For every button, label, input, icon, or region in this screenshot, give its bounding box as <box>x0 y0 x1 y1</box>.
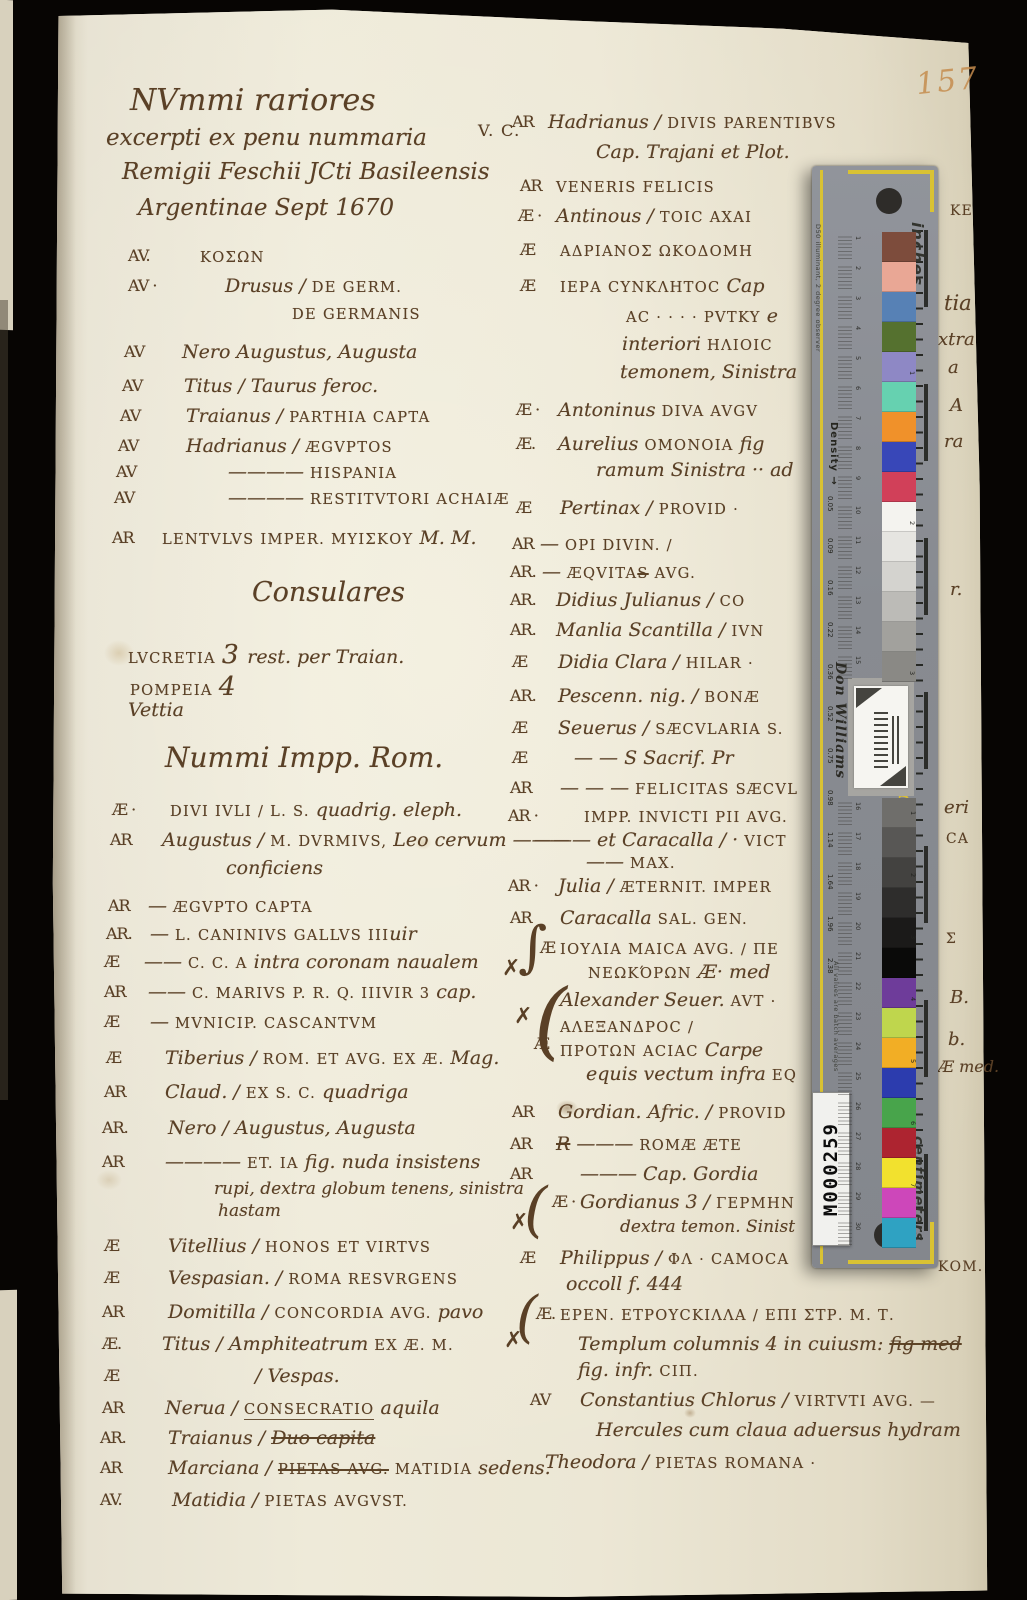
text-run: Templum columnis 4 in cuiusm: <box>578 1333 889 1355</box>
metal-siglum: AR <box>512 113 534 131</box>
manuscript-line: interiori ΗΛΙΟΙϹ <box>622 334 773 355</box>
manuscript-line: AR.Nero / Augustus, Augusta <box>168 1118 416 1139</box>
text-run: ΓΕΡΜΗΝ <box>716 1195 795 1212</box>
patch-row: 3 <box>838 292 918 322</box>
text-run: HONOS ET VIRTVS <box>265 1239 431 1256</box>
color-patch <box>882 622 916 652</box>
lab-values-microtext <box>838 1101 852 1125</box>
manuscript-line: ARGordian. Afric. / PROVID <box>558 1102 787 1123</box>
text-run: EQ <box>772 1067 797 1084</box>
metal-siglum: AR <box>104 1083 126 1101</box>
manuscript-line: ARR ——— ROMÆ ÆTE <box>556 1134 742 1155</box>
text-fragment: r. <box>950 580 962 600</box>
patch-row: 9 <box>838 472 918 502</box>
density-value: 0.52 <box>826 706 834 722</box>
patch-number: 27 <box>854 1132 862 1140</box>
manuscript-line: AR ·Julia / ÆTERNIT. IMPER <box>558 876 772 897</box>
patch-number: 25 <box>854 1072 862 1080</box>
resolution-lines <box>892 716 902 764</box>
manuscript-line: Argentinae Sept 1670 <box>138 196 394 222</box>
text-run: Consulares <box>252 577 405 608</box>
text-run: intra coronam naualem <box>254 951 479 973</box>
manuscript-line: ARCaracalla SAL. GEN. <box>560 908 748 929</box>
lab-values-microtext <box>838 595 852 619</box>
text-run: Cap <box>726 275 764 297</box>
text-run: PROVID <box>718 1105 786 1122</box>
density-value: 2.38 <box>826 958 834 974</box>
lab-values-microtext <box>838 981 852 1005</box>
lab-values-microtext <box>838 1191 852 1215</box>
manuscript-line: ÆDidia Clara / HILAR · <box>558 652 754 673</box>
patch-number: 6 <box>854 386 862 390</box>
text-run: excerpti ex penu nummaria <box>106 125 427 151</box>
manuscript-line: AVConstantius Chlorus / VIRTVTI AVG. — <box>580 1390 936 1411</box>
text-run: a <box>948 357 959 378</box>
metal-siglum: Æ <box>104 1269 119 1287</box>
text-run: eri <box>944 797 969 818</box>
patch-number: 28 <box>854 1162 862 1170</box>
metal-siglum: AR <box>520 177 542 195</box>
metal-siglum: AV <box>114 489 134 507</box>
manuscript-line: AC · · · · PVTKY e <box>626 306 778 327</box>
manuscript-line: occoll f. 444 <box>566 1274 683 1295</box>
ink-mark: ( <box>534 978 567 1062</box>
cm-tick-number: 6 <box>909 1121 917 1125</box>
metal-siglum: AR. <box>510 591 536 609</box>
text-run: Julia / <box>558 875 620 897</box>
patch-number: 9 <box>854 476 862 480</box>
manuscript-line: Theodora / PIETAS ROMANA · <box>545 1452 816 1473</box>
density-value: 1.64 <box>826 874 834 890</box>
ink-mark: ∫ <box>518 920 547 976</box>
manuscript-line: AR ·IMPP. INVICTI PII AVG. <box>584 806 788 827</box>
text-run: conficiens <box>226 857 323 879</box>
text-run: ΗΛΙΟΙϹ <box>707 337 773 354</box>
text-run: ROMÆ ÆTE <box>639 1137 742 1154</box>
registration-dot <box>876 188 902 214</box>
color-patch <box>882 652 916 682</box>
text-run: C. C. A <box>188 955 254 972</box>
text-run: fig <box>740 433 765 455</box>
metal-siglum: AR <box>112 529 134 547</box>
patch-row: 11 <box>838 532 918 562</box>
patch-row: 26 <box>838 1098 918 1128</box>
text-run: equis vectum infra <box>586 1063 772 1085</box>
manuscript-line: ramum Sinistra ·· ad <box>596 460 794 481</box>
text-run: Æ· med <box>698 961 771 983</box>
patch-number: 15 <box>854 656 862 664</box>
manuscript-line: fig. infr. CIΠ. <box>578 1360 699 1381</box>
manuscript-line: Æ ·Antoninus DIVA AVGV <box>558 400 758 421</box>
metal-siglum: AR. <box>106 925 132 943</box>
lab-values-microtext <box>838 385 852 409</box>
text-run: Argentinae Sept 1670 <box>138 195 394 221</box>
color-patch <box>882 292 916 322</box>
text-run: DIVIS PARENTIBVS <box>667 115 837 132</box>
manuscript-line: ——— et Caracalla / · VICT <box>534 830 787 851</box>
manuscript-line: AR.Traianus / Duo capita <box>168 1428 375 1449</box>
manuscript-line: Æ ·Antinous / ΤΟΙϹ ΑΧΑΙ <box>556 206 752 227</box>
text-run: RESTITVTORI ACHAIÆ <box>310 491 510 508</box>
patch-number: 18 <box>854 862 862 870</box>
metal-siglum: Æ <box>512 719 527 737</box>
text-run: 3 <box>222 639 247 670</box>
lab-values-microtext <box>838 891 852 915</box>
color-patch <box>882 382 916 412</box>
manuscript-line: AVNero Augustus, Augusta <box>182 342 417 363</box>
patch-row: 1 <box>838 232 918 262</box>
text-run: hastam <box>218 1201 281 1221</box>
text-run: —— <box>148 981 192 1003</box>
manuscript-line: ARClaud. / EX S. C. quadriga <box>165 1082 409 1103</box>
patch-number: 24 <box>854 1042 862 1050</box>
text-run: uir <box>389 923 416 945</box>
manuscript-line: ÆPertinax / PROVID · <box>560 498 739 519</box>
text-run: ROM. ET AVG. EX Æ. <box>263 1051 451 1068</box>
text-run: ΙΕΡΑ ϹΥΝΚΛΗΤΟϹ <box>560 279 726 296</box>
metal-siglum: Æ <box>512 653 527 671</box>
metal-siglum: AR <box>104 983 126 1001</box>
text-run: DIVI IVLI / L. S. <box>170 803 316 820</box>
ink-mark: ✗ <box>514 1006 532 1028</box>
manuscript-line: AR— ÆGVPTO CAPTA <box>148 896 313 917</box>
text-run: ET. IA <box>247 1155 305 1172</box>
manuscript-line: Templum columnis 4 in cuiusm: fig med <box>578 1334 962 1355</box>
metal-siglum: AV · <box>128 277 156 295</box>
patch-row: 29 <box>838 1188 918 1218</box>
manuscript-line: AR.Didius Julianus / CO <box>556 590 745 611</box>
manuscript-line: Æ— MVNICIP. CASCANTVM <box>150 1012 377 1033</box>
text-run: ÆGVPTO CAPTA <box>173 899 313 916</box>
patch-number: 11 <box>854 536 862 544</box>
color-patch <box>882 232 916 262</box>
manuscript-line: Vettia <box>128 700 184 721</box>
patch-number: 29 <box>854 1192 862 1200</box>
metal-siglum: AR. <box>102 1119 128 1137</box>
density-value: 0.16 <box>826 580 834 596</box>
manuscript-line: ÆΙΕΡΑ ϹΥΝΚΛΗΤΟϹ Cap <box>560 276 765 297</box>
patch-row: 8 <box>838 442 918 472</box>
manuscript-line: Æ—— C. C. A intra coronam naualem <box>144 952 479 973</box>
ink-mark: ✗ <box>502 958 520 980</box>
density-value: 0.05 <box>826 496 834 512</box>
text-run: EX Æ. M. <box>374 1337 454 1354</box>
text-run: Hadrianus / <box>548 111 667 133</box>
density-value: 0.98 <box>826 790 834 806</box>
text-run: Carpe <box>705 1039 763 1061</box>
manuscript-line: —— MAX. <box>586 852 676 873</box>
manuscript-line: AV ·Drusus / DE GERM. <box>225 276 402 297</box>
cm-tick-number: 2 <box>909 873 917 877</box>
text-run: Æ med. <box>938 1057 999 1076</box>
text-run: fig. infr. <box>578 1359 659 1381</box>
text-run: PIETAS AVG. <box>278 1461 389 1478</box>
text-run: Nero / Augustus, Augusta <box>168 1117 416 1139</box>
text-run: LVCRETIA <box>128 650 222 667</box>
lab-values-microtext <box>838 535 852 559</box>
ink-mark: ✗ <box>504 1330 522 1352</box>
metal-siglum: AV. <box>100 1491 122 1509</box>
text-run: PIETAS AVGVST. <box>265 1493 409 1510</box>
text-run: Pescenn. nig. / <box>558 685 704 707</box>
metal-siglum: AV <box>116 463 136 481</box>
text-run: tia <box>944 291 972 315</box>
manuscript-line: Æ/ Vespas. <box>255 1366 340 1387</box>
metal-siglum: AV <box>124 343 144 361</box>
wedge-shape <box>880 766 906 786</box>
text-run: B. <box>950 987 969 1008</box>
density-value: 0.09 <box>826 538 834 554</box>
manuscript-line: Æ ·DIVI IVLI / L. S. quadrig. eleph. <box>170 800 462 821</box>
text-fragment: eri <box>944 798 969 818</box>
text-fragment: ΚΕ <box>950 200 973 220</box>
text-run: — <box>542 561 567 583</box>
text-run: L. CANINIVS GALLVS III <box>175 927 389 944</box>
text-fragment: xtra <box>938 330 975 350</box>
text-run: AVT · <box>731 993 777 1010</box>
lab-values-microtext <box>838 235 852 259</box>
text-run: / Vespas. <box>255 1365 340 1387</box>
patch-row: 13 <box>838 592 918 622</box>
text-run: M. DVRMIVS, <box>270 833 393 850</box>
manuscript-line: hastam <box>218 1202 281 1221</box>
patch-number: 26 <box>854 1102 862 1110</box>
text-run: OPI DIVIN. / <box>565 537 673 554</box>
text-run: SÆCVLARIA S. <box>655 721 783 738</box>
text-fragment: B. <box>950 988 969 1008</box>
patch-row: 15 <box>838 652 918 682</box>
manuscript-line: ARLENTVLVS IMPER. ΜΥΙΣΚΟΥ M. M. <box>162 528 476 549</box>
lab-values-microtext <box>838 355 852 379</box>
text-run: EX S. C. <box>246 1085 322 1102</box>
text-run: et Caracalla / · <box>597 829 744 851</box>
text-run: Theodora / <box>545 1451 655 1473</box>
metal-siglum: Æ · <box>516 401 539 419</box>
text-run: MATIDIA <box>389 1461 478 1478</box>
manuscript-line: ÆΙΟΥΛΙΑ ΜΑΙϹΑ AVG. / ΠΕ <box>560 938 779 959</box>
color-patch <box>882 828 916 858</box>
color-patch <box>882 502 916 532</box>
text-run: ΚΕ <box>950 203 973 219</box>
manuscript-line: Æ.ΕΡΕΝ. ΕΤΡΟΥϹΚΙΛΛΑ / ΕΠΙ ΣΤΡ. Μ. Τ. <box>560 1304 895 1325</box>
text-run: POMPEIA <box>130 682 219 699</box>
lab-values-microtext <box>838 801 852 825</box>
text-run: Hercules cum claua aduersus hydram <box>596 1419 961 1441</box>
cm-tick-number: 3 <box>909 935 917 939</box>
metal-siglum: AR <box>110 831 132 849</box>
patch-row: 6 <box>838 382 918 412</box>
cm-tick-number: 1 <box>909 811 917 815</box>
metal-siglum: AR <box>510 1135 532 1153</box>
color-patch <box>882 352 916 382</box>
text-run: CONCORDIA AVG. <box>274 1305 437 1322</box>
text-run: — <box>148 895 173 917</box>
color-patch <box>882 262 916 292</box>
text-run: ——— <box>570 1133 639 1155</box>
patch-number: 13 <box>854 596 862 604</box>
text-fragment: b. <box>948 1030 965 1050</box>
text-run: ———— <box>228 487 310 509</box>
text-run: rupi, dextra globum tenens, sinistra <box>214 1179 524 1199</box>
metal-siglum: AR. <box>510 621 536 639</box>
text-run: ΙΟΥΛΙΑ ΜΑΙϹΑ AVG. / ΠΕ <box>560 941 779 958</box>
color-patch <box>882 1188 916 1218</box>
lab-values-microtext <box>838 1071 852 1095</box>
text-run: Nerua / <box>165 1397 244 1419</box>
patch-row: 5 <box>838 352 918 382</box>
text-run: Domitilla / <box>168 1301 274 1323</box>
text-run: Nero Augustus, Augusta <box>182 341 417 363</box>
text-fragment: tia <box>944 292 972 316</box>
text-run: Traianus / <box>168 1427 271 1449</box>
manuscript-line: ÆVitellius / HONOS ET VIRTVS <box>168 1236 431 1257</box>
color-patch <box>882 1068 916 1098</box>
text-run: IVN <box>731 623 764 640</box>
metal-siglum: AV <box>120 407 140 425</box>
ruler-corner-mark <box>930 1222 934 1264</box>
resolution-card <box>854 686 908 788</box>
manuscript-line: AV———— RESTITVTORI ACHAIÆ <box>228 488 510 509</box>
text-run: — — — <box>560 777 635 799</box>
patch-row: 17 <box>838 828 918 858</box>
text-run: FELICITAS SÆCVL <box>635 781 798 798</box>
ruler-corner-mark <box>930 170 934 212</box>
text-run: ΕΡΕΝ. ΕΤΡΟΥϹΚΙΛΛΑ / ΕΠΙ ΣΤΡ. Μ. Τ. <box>560 1307 895 1324</box>
text-run: ÆGVPTOS <box>305 439 393 456</box>
text-run: ΑΔΡΙΑΝΟΣ ΩΚΟΔΟΜΗ <box>560 243 753 260</box>
text-run: dextra temon. Sinist <box>620 1217 795 1237</box>
patch-number: 16 <box>854 802 862 810</box>
manuscript-line: dextra temon. Sinist <box>620 1218 795 1237</box>
metal-siglum: AV <box>118 437 138 455</box>
metal-siglum: AR. <box>100 1429 126 1447</box>
text-run: HILAR · <box>686 655 754 672</box>
text-run: S <box>637 565 648 582</box>
cm-tick-number: 7 <box>909 1183 917 1187</box>
patch-number: 3 <box>854 296 862 300</box>
lab-values-microtext <box>838 861 852 885</box>
manuscript-line: conficiens <box>226 858 323 879</box>
metal-siglum: Æ. <box>536 1305 555 1323</box>
text-run: Alexander Seuer. <box>560 989 731 1011</box>
patch-row: 7 <box>838 412 918 442</box>
density-value: 0.22 <box>826 622 834 638</box>
manuscript-line: AV———— HISPANIA <box>228 462 397 483</box>
metal-siglum: Æ <box>104 1237 119 1255</box>
ruler-corner-mark <box>848 170 932 174</box>
text-run: PIETAS ROMANA · <box>655 1455 816 1472</box>
text-run: Duo capita <box>271 1427 375 1449</box>
text-run: interiori <box>622 333 707 355</box>
color-patch <box>882 412 916 442</box>
metal-siglum: Æ · <box>518 207 541 225</box>
resolution-lines <box>874 712 888 768</box>
manuscript-line: excerpti ex penu nummaria <box>106 126 427 152</box>
text-run: ΤΟΙϹ ΑΧΑΙ <box>660 209 752 226</box>
manuscript-line: rupi, dextra globum tenens, sinistra <box>214 1180 524 1199</box>
color-patch <box>882 1218 916 1248</box>
text-run: Matidia / <box>172 1489 265 1511</box>
text-run: Gordianus 3 / <box>580 1191 716 1213</box>
manuscript-line: AR——— Cap. Gordia <box>580 1164 758 1185</box>
text-fragment: Æ med. <box>938 1058 999 1076</box>
text-run: ΦΛ · ϹΑΜΟϹΑ <box>668 1251 789 1268</box>
text-run: e <box>767 305 778 327</box>
patch-row: 14 <box>838 622 918 652</box>
inch-tick-number: 1 <box>908 371 916 375</box>
manuscript-line: equis vectum infra EQ <box>586 1064 797 1085</box>
text-run: Vitellius / <box>168 1235 265 1257</box>
patch-number: 10 <box>854 506 862 514</box>
manuscript-line: AR.— L. CANINIVS GALLVS IIIuir <box>150 924 417 945</box>
manuscript-line: ARAugustus / M. DVRMIVS, Leo cervum ——— <box>162 830 570 851</box>
text-fragment: a <box>948 358 959 378</box>
manuscript-line: temonem, Sinistra <box>620 362 797 383</box>
text-run: Constantius Chlorus / <box>580 1389 795 1411</box>
text-run: Cap. Gordia <box>643 1163 758 1185</box>
text-run: Drusus / <box>225 275 312 297</box>
text-run: ΠΡΟΤΩΝ ΑϹΙΑϹ <box>560 1043 705 1060</box>
lab-values-microtext <box>838 1011 852 1035</box>
text-run: fig. nuda insistens <box>305 1151 481 1173</box>
manuscript-line: Hercules cum claua aduersus hydram <box>596 1420 961 1441</box>
patch-number: 20 <box>854 922 862 930</box>
patch-number: 5 <box>854 356 862 360</box>
text-run: ÆTERNIT. IMPER <box>620 879 772 896</box>
text-run: Traianus / <box>186 405 289 427</box>
manuscript-line: ΝΕΩΚΌΡΩΝ Æ· med <box>588 962 770 983</box>
folio-number: 157 <box>914 61 981 102</box>
lab-values-microtext <box>838 445 852 469</box>
metal-siglum: Æ <box>104 1013 119 1031</box>
text-run: VIRTVTI AVG. — <box>795 1393 936 1410</box>
text-run: Vespasian. / <box>168 1267 288 1289</box>
text-run: 4 <box>219 671 236 702</box>
manuscript-line: AVHadrianus / ÆGVPTOS <box>186 436 393 457</box>
text-run: DE GERM. <box>312 279 402 296</box>
lab-values-microtext <box>838 1161 852 1185</box>
text-run: aquila <box>374 1397 439 1419</box>
manuscript-line: ÆTiberius / ROM. ET AVG. EX Æ. Mag. <box>165 1048 499 1069</box>
text-run: DE GERMANIS <box>292 306 421 323</box>
patch-number: 23 <box>854 1012 862 1020</box>
text-run: MAX. <box>630 855 676 872</box>
patch-number: 21 <box>854 952 862 960</box>
text-run: Philippus / <box>560 1247 668 1269</box>
patch-row: 21 <box>838 948 918 978</box>
text-run: fig med <box>889 1333 961 1355</box>
patch-row: 18 <box>838 858 918 888</box>
patch-row: 20 <box>838 918 918 948</box>
lab-values-microtext <box>838 325 852 349</box>
text-run: ———— <box>228 461 310 483</box>
cm-tick-number: 4 <box>909 997 917 1001</box>
text-run: ramum Sinistra ·· ad <box>596 459 794 481</box>
metal-siglum: Æ <box>104 1367 119 1385</box>
text-run: rest. per Traian. <box>247 646 404 668</box>
metal-siglum: AR <box>512 535 534 553</box>
lab-values-microtext <box>838 475 852 499</box>
manuscript-line: Æ.Aurelius OMONOIA fig <box>558 434 764 455</box>
text-run: Augustus / <box>162 829 270 851</box>
patch-row: 27 <box>838 1128 918 1158</box>
patch-number: 8 <box>854 446 862 450</box>
patch-row: 25 <box>838 1068 918 1098</box>
text-run: BONÆ <box>704 689 760 706</box>
metal-siglum: Æ · <box>112 801 135 819</box>
cm-tick-number: 5 <box>909 1059 917 1063</box>
density-value: 1.96 <box>826 916 834 932</box>
